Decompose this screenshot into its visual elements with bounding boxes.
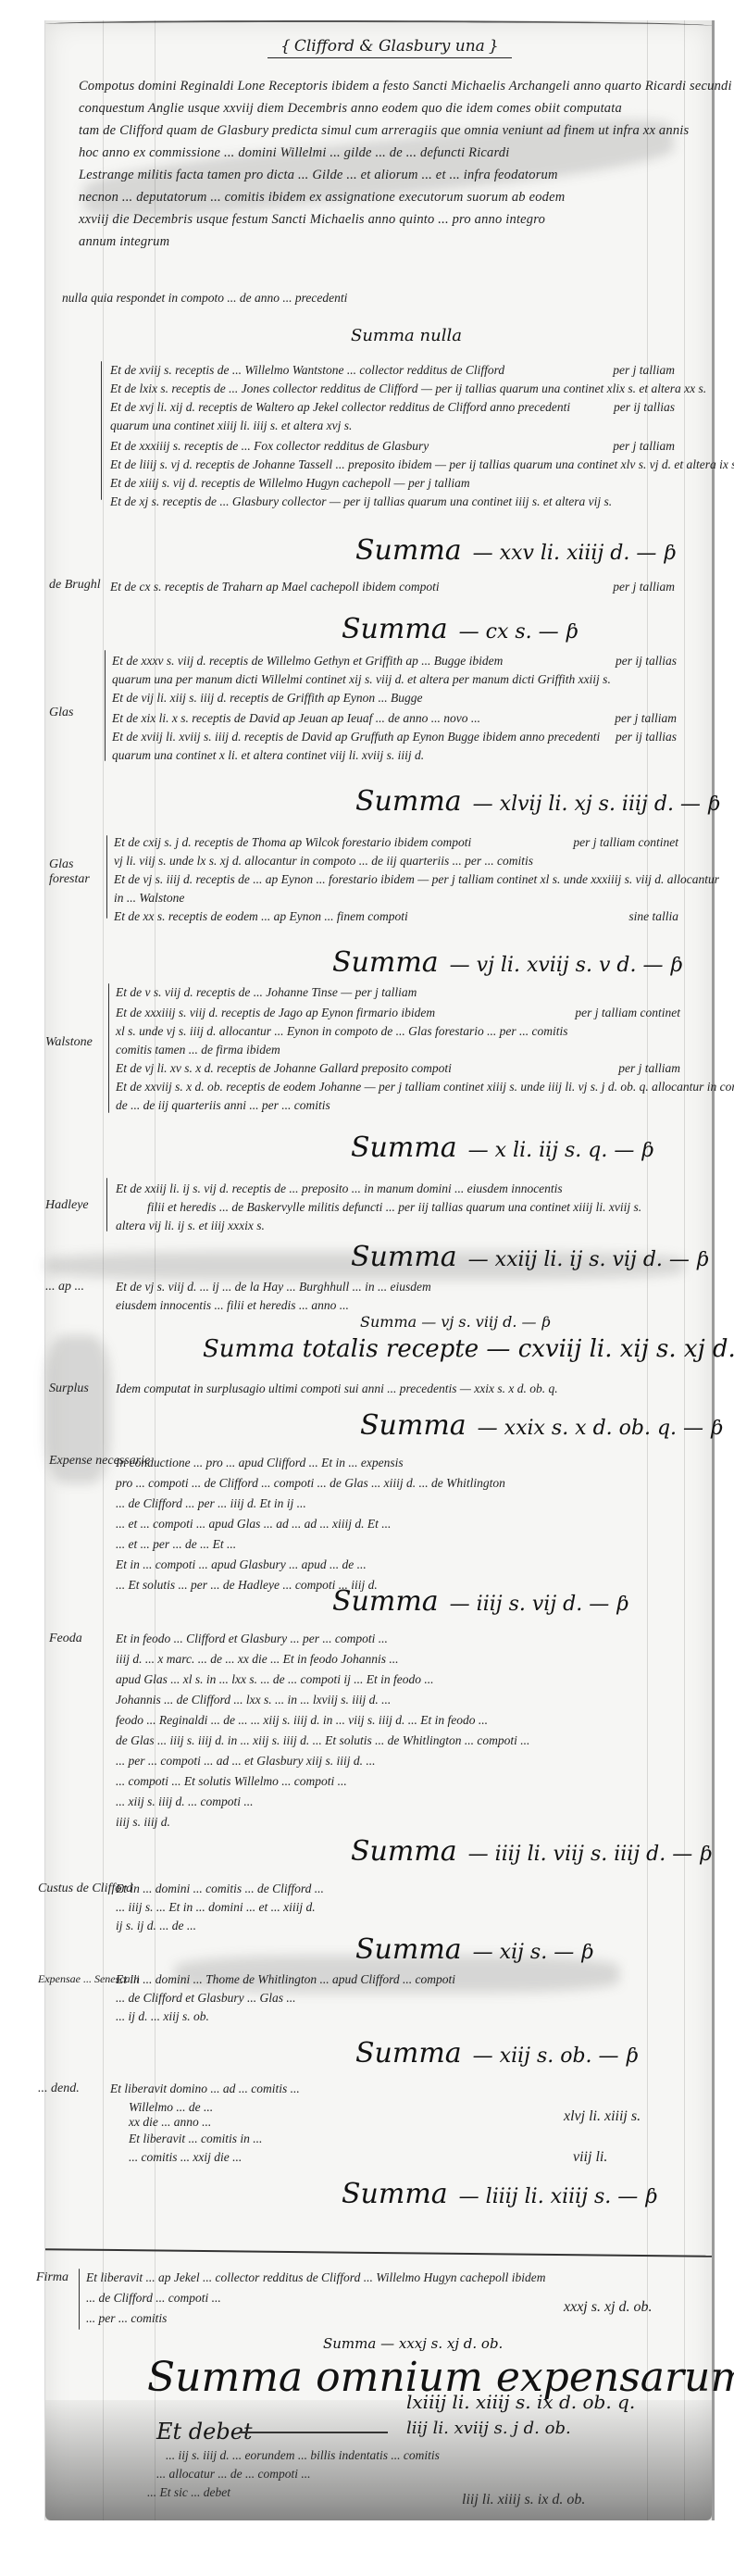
entry-line: Et de vj s. iiij d. receptis de ... ap E…: [114, 872, 719, 887]
entry-line: Et de xxxiiij s. receptis de ... Fox col…: [110, 439, 675, 454]
entry-line: comitis tamen ... de firma ibidem: [116, 1043, 280, 1057]
entry-line: ... ij d. ... xiij s. ob.: [116, 2009, 209, 2024]
preamble-line: conquestum Anglie usque xxviij diem Dece…: [79, 100, 622, 118]
entry-line: In conductione ... pro ... apud Clifford…: [116, 1456, 404, 1470]
entry-line: eiusdem innocentis ... filii et heredis …: [116, 1298, 349, 1313]
entry-line: quarum una continet x li. et altera cont…: [112, 748, 424, 763]
margin-label: Hadleye: [45, 1198, 89, 1213]
entry-line: xx die ... anno ...: [129, 2115, 211, 2130]
preamble-line: hoc anno ex commissione ... domini Wille…: [79, 144, 510, 162]
entry-line: quarum una continet xiiij li. iiij s. et…: [110, 419, 352, 433]
entry-line: Et de vij li. xiij s. iiij d. receptis d…: [112, 691, 422, 706]
document-title: Clifford & Glasbury una: [267, 35, 512, 58]
margin-label: Surplus: [49, 1382, 89, 1396]
entry-line: apud Glas ... xl s. in ... lxx s. ... de…: [116, 1672, 433, 1687]
entry-line: Et de lxix s. receptis de ... Jones coll…: [110, 381, 706, 396]
entry-line: Et de xj s. receptis de ... Glasbury col…: [110, 494, 612, 509]
entry-line: in ... Walstone: [114, 891, 184, 906]
entry-line: ... et ... per ... de ... Et ...: [116, 1537, 236, 1552]
entry-line: vj li. viij s. unde lx s. xj d. allocant…: [114, 854, 533, 869]
entry-line: altera vij li. ij s. et iiij xxxix s.: [116, 1219, 265, 1233]
margin-label: Glas forestar: [49, 857, 105, 887]
entry-line: Et liberavit ... comitis in ...: [129, 2132, 262, 2146]
summa-line: Summa— x li. iij s. q. — ƥ: [351, 1132, 653, 1164]
entry-line: Et de xviij s. receptis de ... Willelmo …: [110, 363, 675, 378]
entry-line: Et de xx s. receptis de eodem ... ap Eyn…: [114, 909, 678, 924]
margin-label: Walstone: [45, 1035, 93, 1050]
entry-line: Et de xxxiiij s. viij d. receptis de Jag…: [116, 1006, 680, 1020]
summa-line: Summa— xxiij li. ij s. vij d. — ƥ: [351, 1241, 709, 1273]
preamble-line: xxviij die Decembris usque festum Sancti…: [79, 211, 545, 229]
entry-line: ij s. ij d. ... de ...: [116, 1919, 196, 1933]
entry-line: Et de xiiij s. vij d. receptis de Willel…: [110, 476, 470, 491]
entry-line: iiij d. ... x marc. ... de ... xx die ..…: [116, 1652, 398, 1667]
entry-line: filii et heredis ... de Baskervylle mili…: [147, 1200, 641, 1215]
margin-label: ... dend.: [38, 2082, 80, 2096]
preamble-line: Lestrange militis facta tamen pro dicta …: [79, 167, 558, 184]
entry-line: quarum una per manum dicti Willelmi cont…: [112, 672, 611, 687]
entry-line: ... comitis ... xxij die ...: [129, 2150, 242, 2165]
summa-nulla: Summa nulla: [351, 326, 462, 345]
entry-line: Et in ... compoti ... apud Glasbury ... …: [116, 1557, 367, 1572]
amount: xxxj s. xj d. ob.: [564, 2300, 653, 2315]
entry-line: Et de xvj li. xij d. receptis de Waltero…: [110, 400, 675, 415]
preamble-line: necnon ... deputatorum ... comitis ibide…: [79, 189, 565, 206]
entry-line: de Glas ... iiij s. iiij d. in ... xiij …: [116, 1733, 529, 1748]
entry-line: Et liberavit ... ap Jekel ... collector …: [86, 2270, 546, 2285]
damaged-area: [45, 2400, 712, 2520]
entry-line: Et de cx s. receptis de Traharn ap Mael …: [110, 580, 675, 594]
summa-line: Summa— iiij s. vij d. — ƥ: [332, 1585, 628, 1618]
entry-line: iiij s. iiij d.: [116, 1815, 170, 1830]
manuscript-roll: Clifford & Glasbury una Compotus domini …: [44, 20, 715, 2520]
entry-line: ... de Clifford et Glasbury ... Glas ...: [116, 1991, 296, 2006]
preamble-line: tam de Clifford quam de Glasbury predict…: [79, 122, 689, 140]
entry-line: Et de cxij s. j d. receptis de Thoma ap …: [114, 835, 678, 850]
entry-line: ... de Clifford ... per ... iiij d. Et i…: [116, 1496, 306, 1511]
entry-line: Willelmo ... de ...: [129, 2100, 213, 2115]
entry-line: ... xiij s. iiij d. ... compoti ...: [116, 1794, 254, 1809]
summa-line: Summa— vj li. xviij s. v d. — ƥ: [332, 946, 683, 979]
margin-label: de Brughl: [49, 578, 101, 593]
entry-line: Et de liiij s. vj d. receptis de Johanne…: [110, 457, 734, 472]
entry-line: Et de v s. viij d. receptis de ... Johan…: [116, 985, 417, 1000]
entry-line: Et in ... domini ... comitis ... de Clif…: [116, 1882, 324, 1896]
entry-line: de ... de iij quarteriis anni ... per ..…: [116, 1098, 330, 1113]
entry-line: Idem computat in surplusagio ultimi comp…: [116, 1382, 558, 1396]
entry-line: ... compoti ... Et solutis Willelmo ... …: [116, 1774, 347, 1789]
entry-line: Johannis ... de Clifford ... lxx s. ... …: [116, 1693, 391, 1707]
summa-line: Summa— cx s. — ƥ: [342, 613, 578, 645]
entry-line: Et in ... domini ... Thome de Whitlingto…: [116, 1972, 455, 1987]
summa-line: Summa— xij s. — ƥ: [355, 1933, 593, 1966]
entry-line: Et de xix li. x s. receptis de David ap …: [112, 711, 677, 726]
entry-line: Et de vj s. viij d. ... ij ... de la Hay…: [116, 1280, 431, 1294]
summa-line: Summa — xxxj s. xj d. ob.: [323, 2335, 503, 2352]
entry-line: ... iiij s. ... Et in ... domini ... et …: [116, 1900, 316, 1915]
entry-line: Et de xxxv s. viij d. receptis de Willel…: [112, 654, 677, 669]
arrears-line: nulla quia respondet in compoto ... de a…: [62, 291, 347, 306]
entry-line: Et de vj li. xv s. x d. receptis de Joha…: [116, 1061, 680, 1076]
entry-line: Et de xviij li. xviij s. iiij d. recepti…: [112, 730, 677, 744]
entry-line: ... de Clifford ... compoti ...: [86, 2291, 221, 2306]
entry-line: feodo ... Reginaldi ... de ... ... xiij …: [116, 1713, 488, 1728]
amount: xlvj li. xiiij s.: [564, 2109, 641, 2124]
entry-line: xl s. unde vj s. iiij d. allocantur ... …: [116, 1024, 567, 1039]
entry-line: pro ... compoti ... de Clifford ... comp…: [116, 1476, 505, 1491]
entry-line: Et de xxiij li. ij s. vij d. receptis de…: [116, 1182, 563, 1196]
amount: viij li.: [573, 2150, 607, 2165]
margin-label: Feoda: [49, 1632, 82, 1646]
preamble-line: annum integrum: [79, 233, 169, 251]
entry-line: Et liberavit domino ... ad ... comitis .…: [110, 2082, 300, 2096]
preamble-line: Compotus domini Reginaldi Lone Receptori…: [79, 78, 734, 95]
summa-line: Summa — vj s. viij d. — ƥ: [360, 1313, 551, 1331]
entry-line: Et in feodo ... Clifford et Glasbury ...…: [116, 1632, 388, 1646]
summa-line: Summa— xiij s. ob. — ƥ: [355, 2037, 639, 2070]
entry-line: ... per ... compoti ... ad ... et Glasbu…: [116, 1754, 375, 1769]
margin-label: Glas: [49, 706, 73, 720]
summa-line: Summa— xlvij li. xj s. iiij d. — ƥ: [355, 785, 720, 818]
summa-line: Summa— xxv li. xiiij d. — ƥ: [355, 534, 676, 567]
entry-line: ... per ... comitis: [86, 2311, 167, 2326]
summa-total-receipts: Summa totalis recepte — cxviij li. xij s…: [203, 1335, 734, 1363]
entry-line: Et de xxviij s. x d. ob. receptis de eod…: [116, 1080, 734, 1094]
margin-label: ... ap ...: [45, 1280, 84, 1294]
summa-line: Summa— xxix s. x d. ob. q. — ƥ: [360, 1409, 723, 1442]
summa-line: Summa— iiij li. viij s. iiij d. — ƥ: [351, 1835, 712, 1868]
entry-line: ... et ... compoti ... apud Glas ... ad …: [116, 1517, 391, 1532]
margin-label: Firma: [36, 2270, 68, 2285]
summa-line: Summa— liiij li. xiiij s. — ƥ: [342, 2178, 657, 2210]
